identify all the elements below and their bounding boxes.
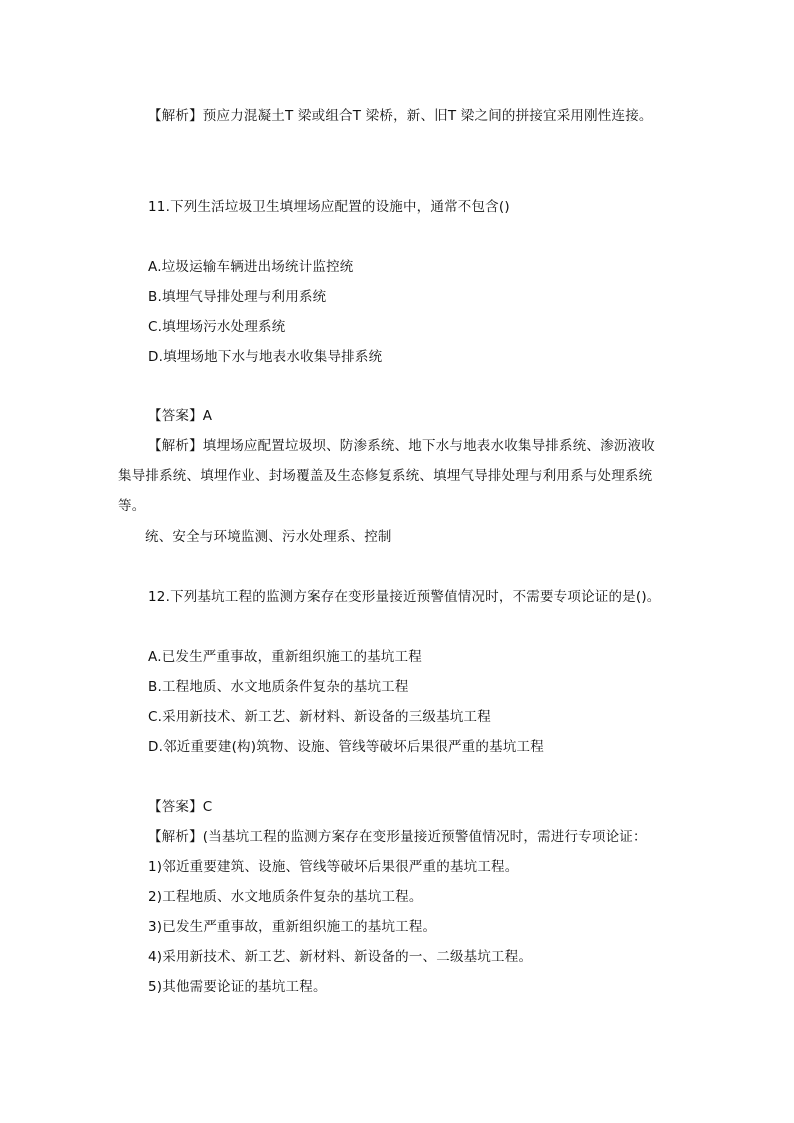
q11-option-b: B.填埋气导排处理与利用系统 bbox=[148, 287, 326, 307]
q12-analysis-line: 1)邻近重要建筑、设施、管线等破坏后果很严重的基坑工程。 bbox=[148, 857, 518, 877]
question-11: 11.下列生活垃圾卫生填埋场应配置的设施中，通常不包含() bbox=[148, 197, 510, 217]
q11-analysis-line: 【解析】填埋场应配置垃圾坝、防渗系统、地下水与地表水收集导排系统、渗沥液收 bbox=[148, 436, 655, 456]
previous-analysis: 【解析】预应力混凝土T 梁或组合T 梁桥，新、旧T 梁之间的拼接宜采用刚性连接。 bbox=[148, 106, 653, 126]
q12-analysis-line: 4)采用新技术、新工艺、新材料、新设备的一、二级基坑工程。 bbox=[148, 947, 532, 967]
q11-option-a: A.垃圾运输车辆进出场统计监控统 bbox=[148, 257, 354, 277]
q11-answer: 【答案】A bbox=[148, 406, 212, 426]
q12-option-b: B.工程地质、水文地质条件复杂的基坑工程 bbox=[148, 677, 409, 697]
q12-option-c: C.采用新技术、新工艺、新材料、新设备的三级基坑工程 bbox=[148, 707, 491, 727]
q12-analysis-line: 3)已发生严重事故，重新组织施工的基坑工程。 bbox=[148, 917, 436, 937]
q11-option-d: D.填埋场地下水与地表水收集导排系统 bbox=[148, 347, 382, 367]
q11-analysis-line: 统、安全与环境监测、污水处理系、控制 bbox=[145, 527, 392, 547]
q12-option-a: A.已发生严重事故，重新组织施工的基坑工程 bbox=[148, 647, 422, 667]
q12-analysis-line: 2)工程地质、水文地质条件复杂的基坑工程。 bbox=[148, 887, 423, 907]
q11-analysis-line: 集导排系统、填埋作业、封场覆盖及生态修复系统、填埋气导排处理与利用系与处理系统 bbox=[118, 466, 652, 486]
q12-option-d: D.邻近重要建(构)筑物、设施、管线等破坏后果很严重的基坑工程 bbox=[148, 737, 544, 757]
q12-analysis-line: 【解析】(当基坑工程的监测方案存在变形量接近预警值情况时，需进行专项论证： bbox=[148, 827, 647, 847]
q11-option-c: C.填埋场污水处理系统 bbox=[148, 317, 285, 337]
question-12: 12.下列基坑工程的监测方案存在变形量接近预警值情况时，不需要专项论证的是()。 bbox=[148, 587, 661, 607]
q12-answer: 【答案】C bbox=[148, 797, 212, 817]
q12-analysis-line: 5)其他需要论证的基坑工程。 bbox=[148, 977, 327, 997]
q11-analysis-line: 等。 bbox=[118, 496, 145, 516]
